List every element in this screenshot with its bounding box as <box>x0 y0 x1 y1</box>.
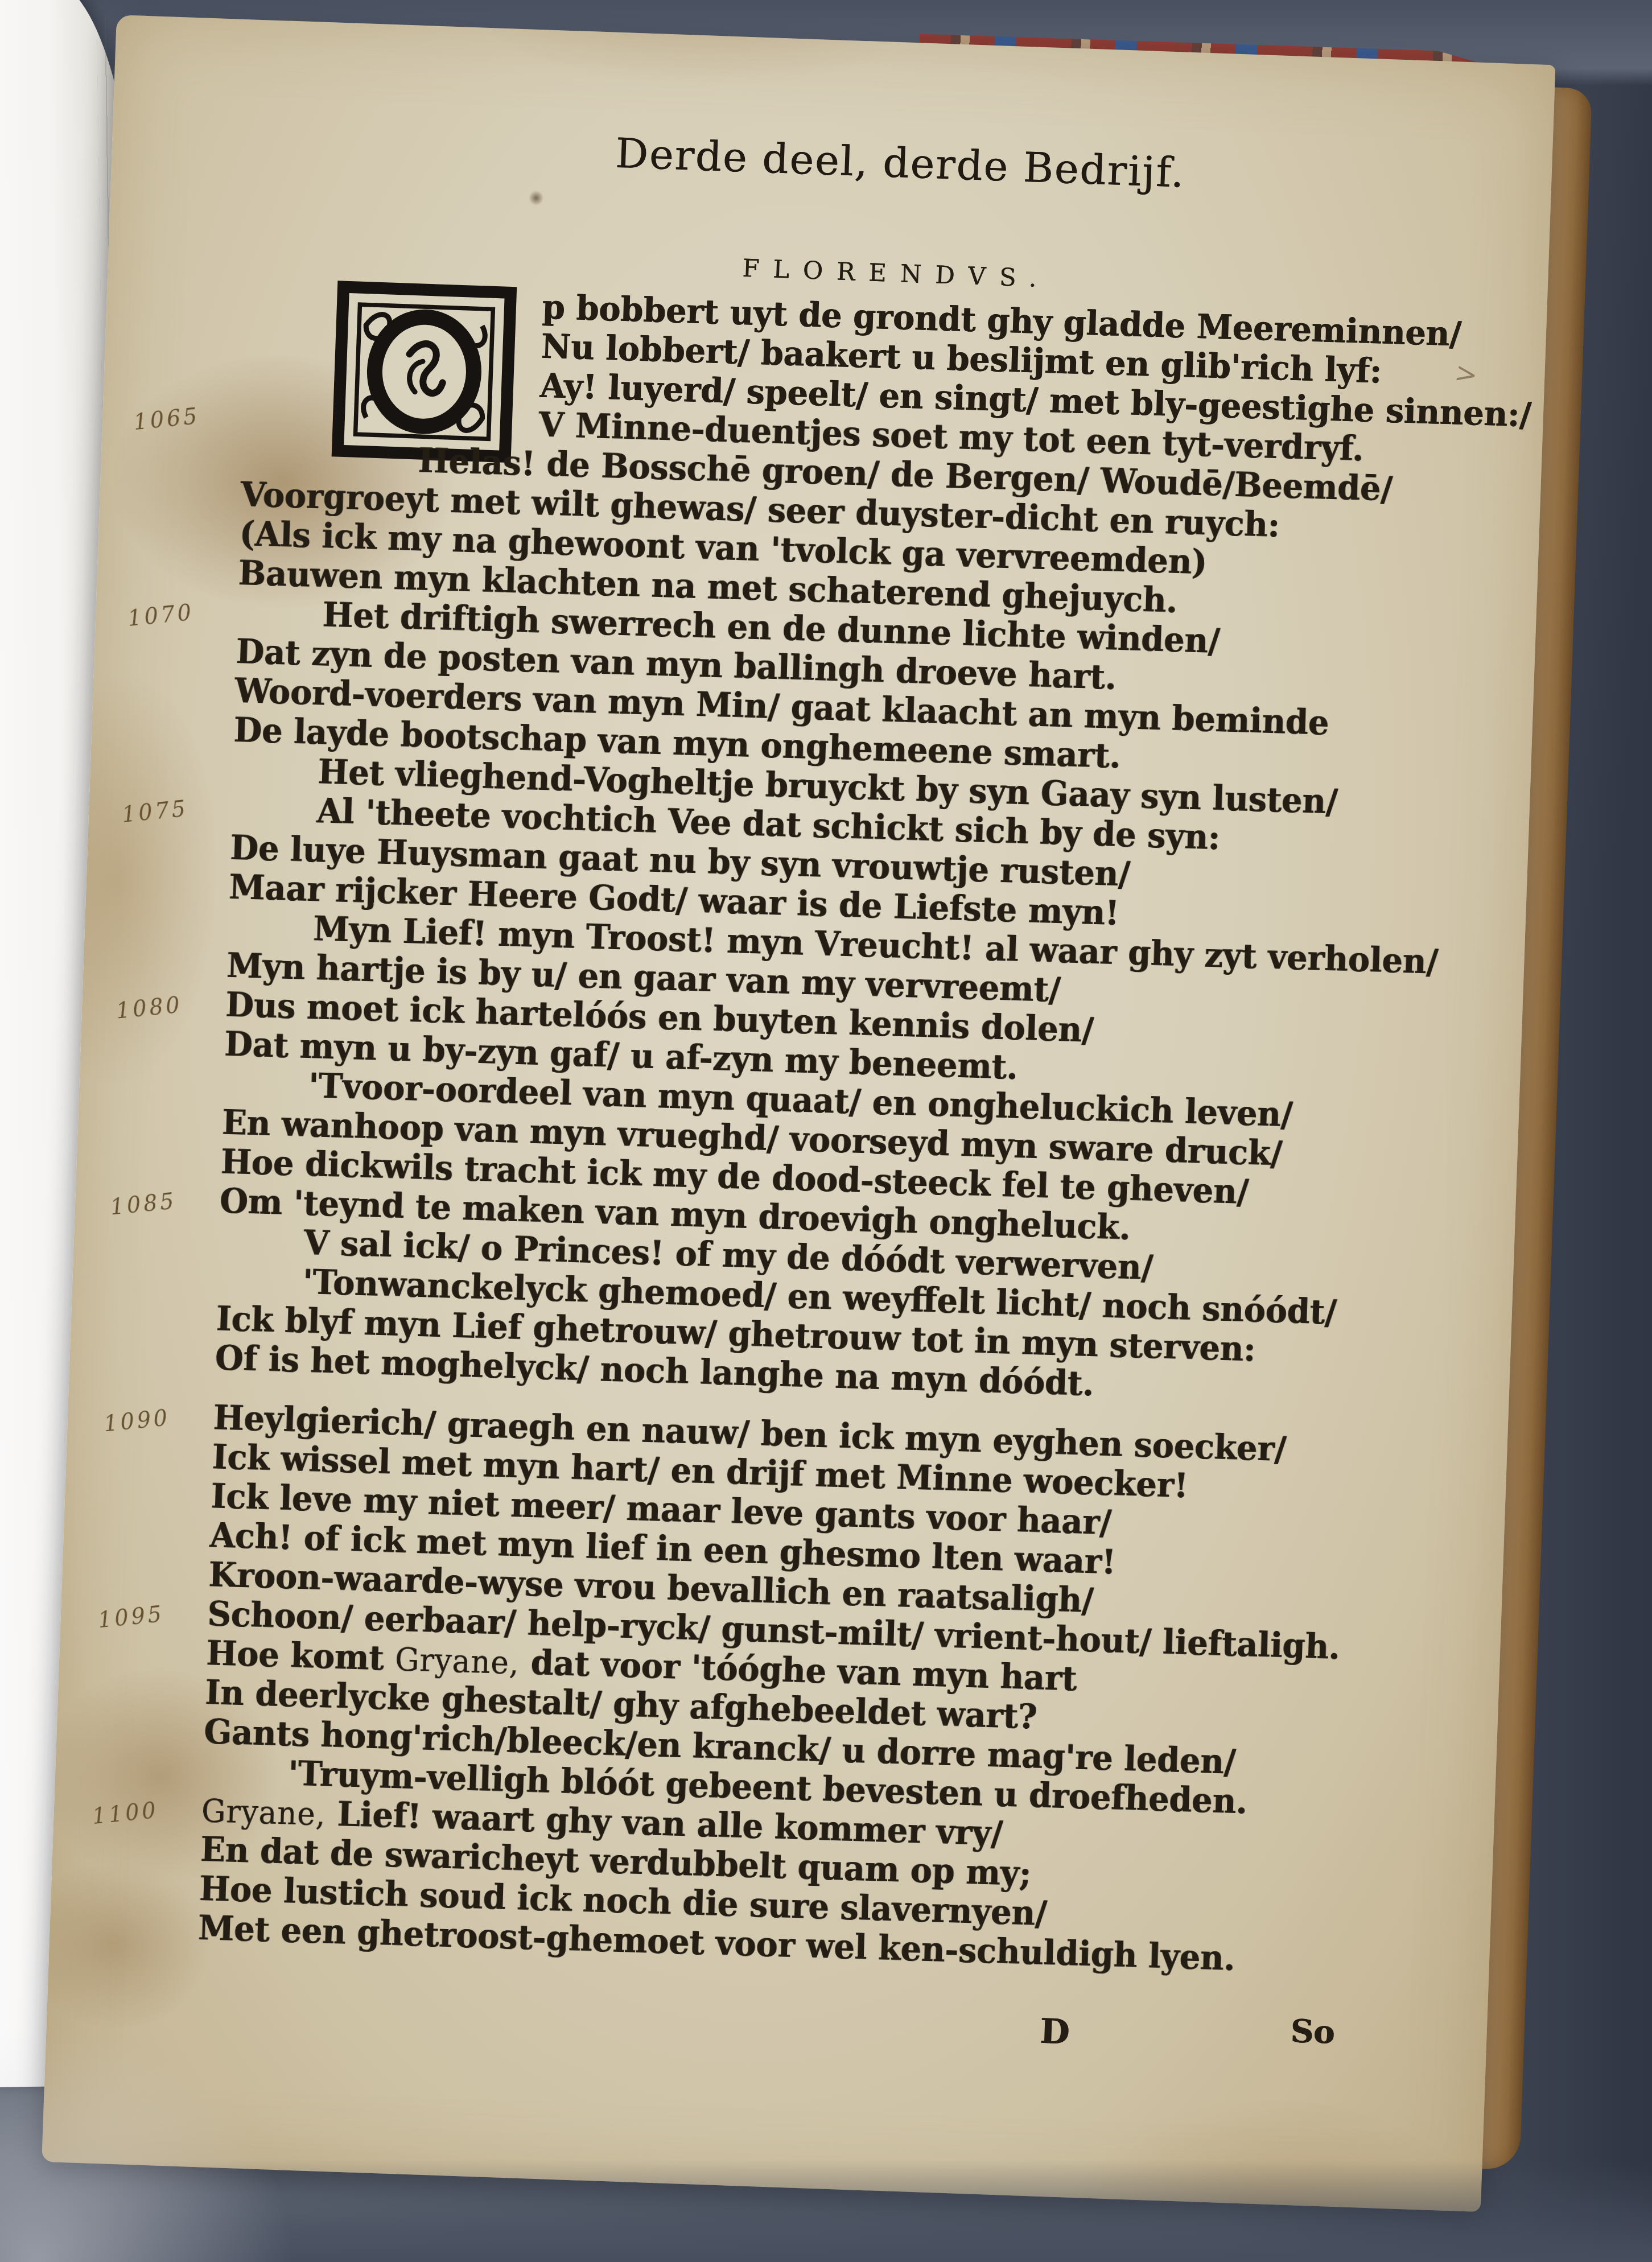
margin-line-number: 1095 <box>96 1594 166 1639</box>
background-cloth-highlight <box>0 2023 296 2262</box>
margin-line-number: 1085 <box>109 1181 178 1226</box>
photo-of-book-page: Derde deel, derde Bedrijf. FLORENDVS. p … <box>0 0 1652 2262</box>
book-page: Derde deel, derde Bedrijf. FLORENDVS. p … <box>42 15 1555 2212</box>
margin-line-number: 1100 <box>90 1790 160 1836</box>
margin-line-number: 1070 <box>126 592 196 638</box>
margin-line-number: 1090 <box>102 1398 172 1443</box>
roman-type-word: Gryane, <box>201 1793 326 1833</box>
signature-mark: D <box>1039 2012 1070 2053</box>
margin-line-number: 1080 <box>114 985 184 1031</box>
page-header-title: Derde deel, derde Bedrijf. <box>265 117 1535 209</box>
margin-line-number: 1075 <box>120 789 189 834</box>
roman-type-word: Gryane, <box>394 1642 520 1682</box>
margin-line-number: 1065 <box>132 396 201 442</box>
catchword: So <box>1290 2012 1335 2051</box>
poem-body: p bobbert uyt de grondt ghy gladde Meere… <box>197 279 1550 1987</box>
